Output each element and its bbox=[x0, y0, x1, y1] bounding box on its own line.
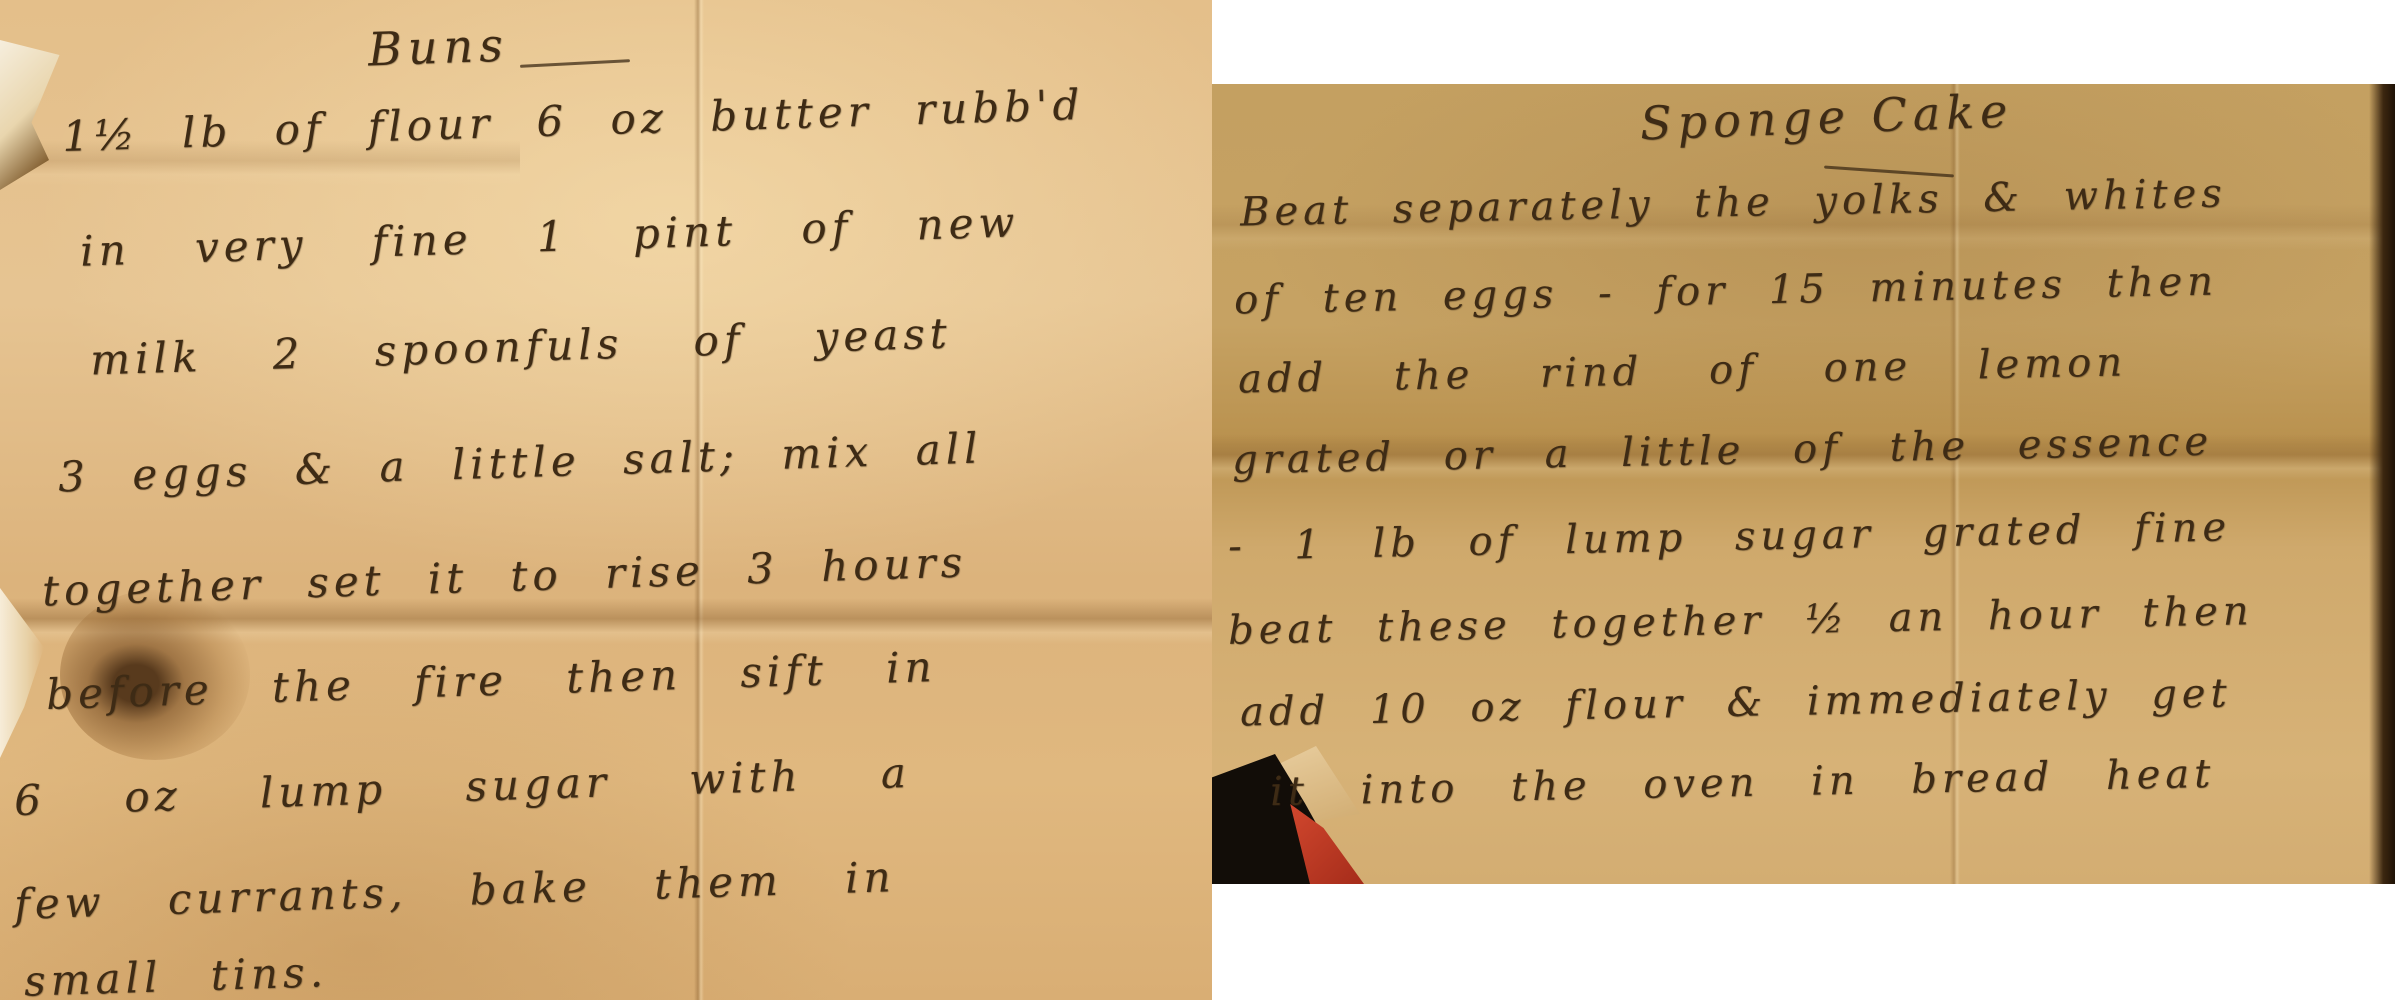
recipe-line: add 10 oz flour & immediately get bbox=[1240, 670, 2232, 735]
recipe-line: it into the oven in bread heat bbox=[1270, 751, 2216, 815]
recipe-line: 3 eggs & a little salt; mix all bbox=[57, 423, 983, 501]
recipe-line: milk 2 spoonfuls of yeast bbox=[89, 308, 952, 384]
left-recipe-title: Buns bbox=[367, 18, 509, 77]
recipe-line: in very fine 1 pint of new bbox=[79, 197, 1020, 275]
recipe-line: beat these together ½ an hour then bbox=[1228, 588, 2254, 654]
scanned-recipe-photos: Buns 1½ lb of flour 6 oz butter rubb'd i… bbox=[0, 0, 2395, 1000]
recipe-line: small tins. bbox=[23, 947, 328, 1000]
table-edge-right bbox=[2369, 84, 2395, 884]
recipe-line: of ten eggs - for 15 minutes then bbox=[1234, 259, 2219, 324]
fold-crease-vertical bbox=[694, 0, 704, 1000]
recipe-line: 1½ lb of flour 6 oz butter rubb'd bbox=[61, 80, 1085, 161]
recipe-line: - 1 lb of lump sugar grated fine bbox=[1228, 504, 2232, 569]
right-recipe-page: Sponge Cake Beat separately the yolks & … bbox=[1212, 84, 2395, 884]
recipe-line: few currants, bake them in bbox=[13, 852, 896, 929]
recipe-line: add the rind of one lemon bbox=[1238, 339, 2128, 402]
left-recipe-page: Buns 1½ lb of flour 6 oz butter rubb'd i… bbox=[0, 0, 1212, 1000]
title-flourish bbox=[520, 59, 630, 68]
